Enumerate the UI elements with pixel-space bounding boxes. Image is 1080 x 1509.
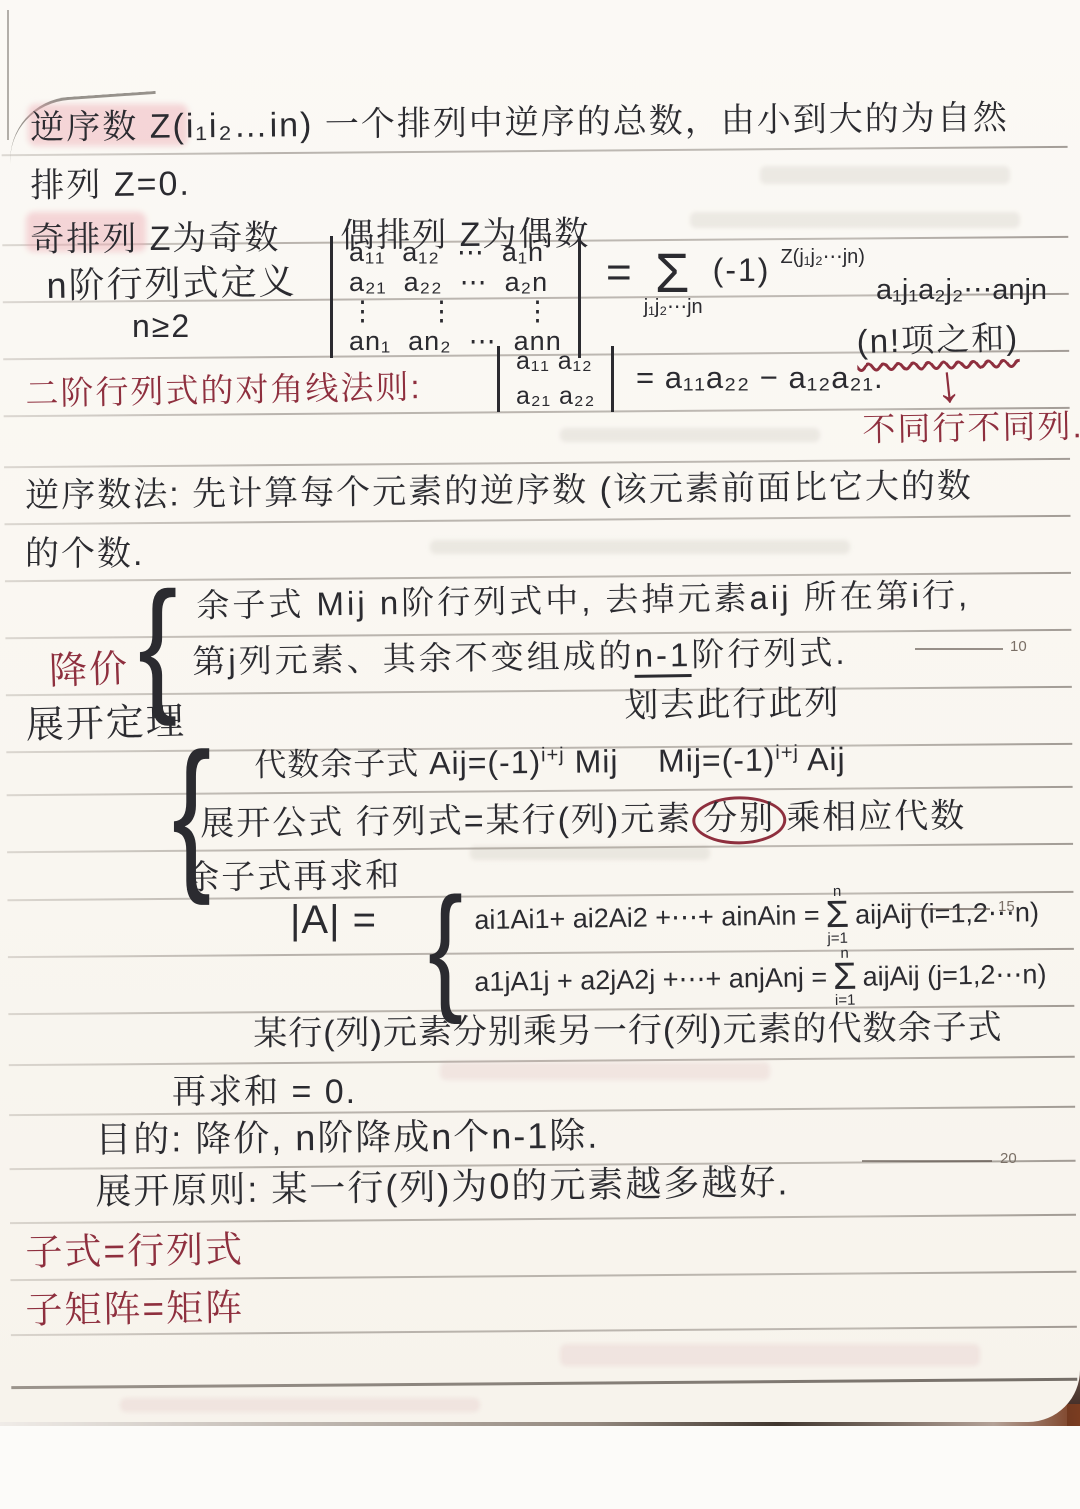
cofactor-exponent: i+j — [541, 744, 565, 766]
diagonal-rule-equation: = a₁₁a₂₂ − a₁₂a₂₁. — [636, 360, 884, 396]
col-formula-right: aijAij (j=1,2⋯n) — [862, 959, 1046, 993]
bleedthrough-mark — [560, 428, 820, 442]
line-inversion-def: 逆序数 Z(i₁i₂…in) 一个排列中逆序的总数，由小到大的为自然 — [30, 90, 1009, 149]
principle-line: 展开原则: 某一行(列)为0的元素越多越好. — [95, 1154, 790, 1215]
equals-sign: = — [606, 248, 634, 298]
margin-number-20: 20 — [1000, 1150, 1017, 1167]
bleedthrough-mark — [430, 540, 850, 554]
minus-one-base: (-1) — [713, 252, 771, 289]
sum-lower: j=1 — [827, 931, 848, 946]
col-sum-symbol: n Σ i=1 — [833, 947, 857, 1008]
cofactor-pre: 代数余子式 Aij=(-1) — [254, 744, 541, 783]
n-minus-1-underlined: n-1 — [634, 636, 691, 678]
sigma-with-index: Σ j₁j₂⋯jn — [644, 248, 703, 317]
margin-line — [862, 1160, 992, 1162]
det-A-label: |A| = — [290, 898, 377, 943]
matrix-row: a₁₁ a₁₂ ⋯ a₁n — [349, 238, 562, 268]
matrix-row: a₂₁ a₂₂ — [516, 383, 595, 411]
n-order-determinant-matrix: a₁₁ a₁₂ ⋯ a₁n a₂₁ a₂₂ ⋯ a₂n ⋮ ⋮ ⋮ an₁ an… — [330, 236, 581, 358]
line-odd-permutation: 奇排列 Z为奇数 — [30, 210, 281, 261]
cofactor-definition-line: 代数余子式 Aij=(-1)i+j Mij Mij=(-1)i+j Aij — [254, 734, 846, 786]
minor-line2-pre: 第j列元素、其余不变组成的 — [192, 637, 635, 680]
minor-line2-post: 阶行列式. — [691, 634, 848, 673]
bleedthrough-mark — [760, 166, 1010, 184]
different-row-col-note: 不同行不同列. — [862, 400, 1080, 451]
bleedthrough-mark — [560, 1344, 980, 1366]
inversion-method-line1: 逆序数法: 先计算每个元素的逆序数 (该元素前面比它大的数 — [25, 458, 973, 517]
determinant-sum-expression: = Σ j₁j₂⋯jn (-1) Z(j₁j₂⋯jn) — [606, 248, 865, 317]
margin-number-10: 10 — [1010, 638, 1027, 655]
determinant-def-label: n阶行列式定义 — [46, 254, 297, 309]
line-natural-permutation: 排列 Z=0. — [30, 156, 191, 207]
expansion-formula-line: 展开公式 行列式=某行(列)元素分别乘相应代数 — [200, 788, 966, 845]
sum-equals-zero: 再求和 = 0. — [172, 1064, 357, 1113]
margin-line — [905, 908, 990, 910]
matrix-row: ⋮ ⋮ ⋮ — [349, 297, 562, 327]
cofactor-end: Aij — [799, 741, 846, 777]
other-row-note: 某行(列)元素分别乘另一行(列)元素的代数余子式 — [253, 999, 1003, 1055]
matrix-row: a₁₁ a₁₂ — [516, 348, 595, 376]
cross-out-row-col-note: 划去此行此列 — [624, 675, 841, 727]
row-formula-left: ai1Ai1+ ai2Ai2 +⋯+ ainAin = — [474, 900, 820, 936]
sigma-symbol: Σ — [833, 961, 857, 994]
minor-line2: 第j列元素、其余不变组成的n-1阶行列式. — [192, 627, 848, 683]
col-formula-left: a1jA1j + a2jA2j +⋯+ anjAnj = — [474, 962, 827, 998]
inversion-exponent: Z(j₁j₂⋯jn) — [780, 244, 865, 269]
cofactor-exponent2: i+j — [775, 742, 799, 764]
bleedthrough-mark — [120, 1398, 480, 1412]
row-expansion-formula: ai1Ai1+ ai2Ai2 +⋯+ ainAin = n Σ j=1 aijA… — [474, 882, 1039, 951]
row-sum-symbol: n Σ j=1 — [825, 885, 849, 946]
bleedthrough-mark — [440, 1062, 770, 1080]
matrix-row: a₂₁ a₂₂ ⋯ a₂n — [349, 268, 562, 298]
surface-below-page — [0, 1426, 1080, 1509]
expansion-formula-post: 乘相应代数 — [786, 797, 966, 837]
expansion-formula-pre: 展开公式 行列式=某行(列)元素 — [200, 800, 692, 843]
circled-respectively: 分别 — [692, 796, 786, 845]
terms-note-text: (n!项之和) — [856, 319, 1019, 360]
expansion-theorem-label: 展开定理 — [25, 690, 186, 749]
cofactor-pre2: Mij=(-1) — [658, 742, 776, 779]
inversion-def-rest: Z(i₁i₂…in) 一个排列中逆序的总数，由小到大的为自然 — [150, 99, 1009, 146]
bleedthrough-mark — [690, 212, 1020, 228]
margin-number-15: 15 — [998, 898, 1015, 915]
two-by-two-matrix: a₁₁ a₁₂ a₂₁ a₂₂ — [497, 346, 614, 412]
page-left-edge — [7, 10, 9, 140]
diagonal-rule-label: 二阶行列式的对角线法则: — [25, 361, 422, 415]
sigma-symbol: Σ — [825, 899, 849, 932]
margin-line — [915, 648, 1003, 650]
product-term: a₁j₁a₂j₂⋯anjn — [876, 272, 1047, 307]
expansion-formula-cont: 余子式再求和 — [185, 848, 402, 899]
sigma-symbol: Σ — [655, 248, 692, 298]
red-note-minor-determinant: 子式=行列式 — [25, 1219, 244, 1276]
purpose-line: 目的: 降价, n阶降成n个n-1除. — [95, 1108, 600, 1163]
notebook-photo: { "colors": { "ink": "#2b2b30", "red": "… — [0, 0, 1080, 1509]
bleedthrough-mark — [470, 846, 710, 860]
red-note-submatrix-matrix: 子矩阵=矩阵 — [25, 1277, 244, 1334]
term-inversion-number: 逆序数 — [30, 108, 138, 147]
reduce-order-side-label: 降价 — [48, 637, 130, 695]
cofactor-mid: Mij — [565, 743, 659, 780]
determinant-def-condition: n≥2 — [132, 308, 191, 345]
sigma-lower-index: j₁j₂⋯jn — [644, 298, 703, 317]
inversion-method-line2: 的个数. — [25, 526, 144, 575]
